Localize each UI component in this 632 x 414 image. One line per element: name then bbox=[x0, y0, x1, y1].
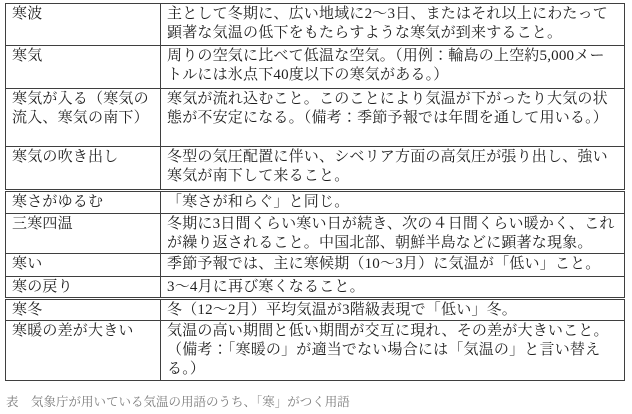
definition-cell: 寒気が流れ込むこと。このことにより気温が下がったり大気の状態が不安定になる。（備… bbox=[161, 89, 625, 147]
term-cell: 寒暖の差が大きい bbox=[6, 321, 161, 381]
term-cell: 寒冬 bbox=[6, 299, 161, 321]
table-row: 寒冬 冬（12〜2月）平均気温が3階級表現で「低い」冬。 bbox=[6, 299, 625, 321]
definition-cell: 冬（12〜2月）平均気温が3階級表現で「低い」冬。 bbox=[161, 299, 625, 321]
term-cell: 寒の戻り bbox=[6, 277, 161, 299]
definition-cell: 冬型の気圧配置に伴い、シベリア方面の高気圧が張り出し、強い寒気が南下して来ること… bbox=[161, 147, 625, 191]
definition-cell: 「寒さが和らぐ」と同じ。 bbox=[161, 191, 625, 214]
table-row: 三寒四温 冬期に3日間くらい寒い日が続き、次の４日間くらい暖かく、これが繰り返さ… bbox=[6, 214, 625, 254]
table-row: 寒の戻り 3〜4月に再び寒くなること。 bbox=[6, 277, 625, 299]
term-cell: 寒気が入る（寒気の流入、寒気の南下） bbox=[6, 89, 161, 147]
definition-cell: 周りの空気に比べて低温な空気。（用例：輪島の上空約5,000メートルには氷点下4… bbox=[161, 46, 625, 89]
term-cell: 三寒四温 bbox=[6, 214, 161, 254]
table-row: 寒気 周りの空気に比べて低温な空気。（用例：輪島の上空約5,000メートルには氷… bbox=[6, 46, 625, 89]
weather-terms-table: 寒波 主として冬期に、広い地域に2〜3日、またはそれ以上にわたって顕著な気温の低… bbox=[5, 3, 625, 381]
definition-cell: 3〜4月に再び寒くなること。 bbox=[161, 277, 625, 299]
definition-cell: 冬期に3日間くらい寒い日が続き、次の４日間くらい暖かく、これが繰り返されること。… bbox=[161, 214, 625, 254]
table-row: 寒さがゆるむ 「寒さが和らぐ」と同じ。 bbox=[6, 191, 625, 214]
definition-cell: 主として冬期に、広い地域に2〜3日、またはそれ以上にわたって顕著な気温の低下をも… bbox=[161, 4, 625, 46]
term-cell: 寒い bbox=[6, 254, 161, 277]
table-row: 寒い 季節予報では、主に寒候期（10〜3月）に気温が「低い」こと。 bbox=[6, 254, 625, 277]
table-row: 寒気が入る（寒気の流入、寒気の南下） 寒気が流れ込むこと。このことにより気温が下… bbox=[6, 89, 625, 147]
document-area: 寒波 主として冬期に、広い地域に2〜3日、またはそれ以上にわたって顕著な気温の低… bbox=[0, 0, 632, 410]
table-row: 寒波 主として冬期に、広い地域に2〜3日、またはそれ以上にわたって顕著な気温の低… bbox=[6, 4, 625, 46]
page: { "colors": { "text": "#1f1f1f", "border… bbox=[0, 0, 632, 414]
definition-cell: 季節予報では、主に寒候期（10〜3月）に気温が「低い」こと。 bbox=[161, 254, 625, 277]
term-cell: 寒波 bbox=[6, 4, 161, 46]
term-cell: 寒さがゆるむ bbox=[6, 191, 161, 214]
term-cell: 寒気の吹き出し bbox=[6, 147, 161, 191]
table-row: 寒暖の差が大きい 気温の高い期間と低い期間が交互に現れ、その差が大きいこと。（備… bbox=[6, 321, 625, 381]
table-row: 寒気の吹き出し 冬型の気圧配置に伴い、シベリア方面の高気圧が張り出し、強い寒気が… bbox=[6, 147, 625, 191]
table-caption: 表 気象庁が用いている気温の用語のうち、「寒」がつく用語 bbox=[6, 394, 632, 410]
definition-cell: 気温の高い期間と低い期間が交互に現れ、その差が大きいこと。（備考：「寒暖の」が適… bbox=[161, 321, 625, 381]
term-cell: 寒気 bbox=[6, 46, 161, 89]
